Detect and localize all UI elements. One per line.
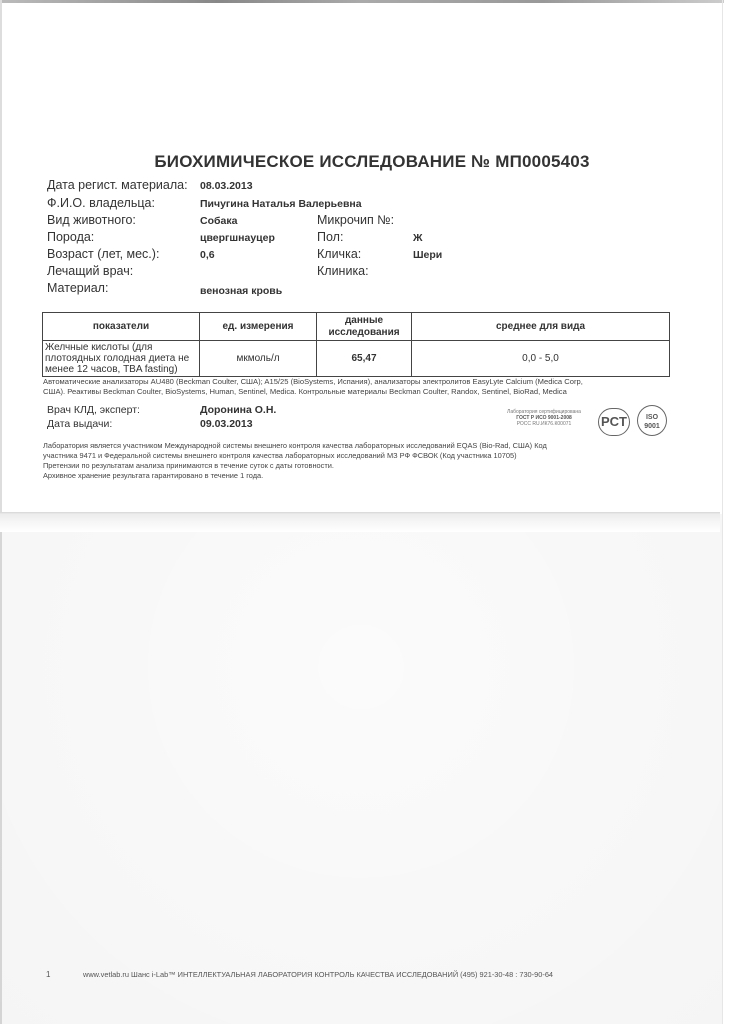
- cell-reference: 0,0 - 5,0: [412, 341, 670, 377]
- page-number: 1: [46, 970, 50, 979]
- disclaimer-line4: Архивное хранение результата гарантирова…: [43, 471, 263, 481]
- table-row: Желчные кислоты (для плотоядных голодная…: [43, 341, 670, 377]
- cell-parameter: Желчные кислоты (для плотоядных голодная…: [43, 341, 200, 377]
- sex-label: Пол:: [317, 230, 343, 244]
- paper-fold: [0, 512, 720, 532]
- iso-logo-text: ISO 9001: [641, 413, 663, 431]
- results-table: показатели ед. измерения данные исследов…: [42, 312, 670, 377]
- nickname-value: Шери: [413, 249, 442, 261]
- issue-date-label: Дата выдачи:: [47, 418, 112, 430]
- certification-text: Лаборатория сертифицирована ГОСТ Р ИСО 9…: [494, 409, 594, 427]
- results-header-row: показатели ед. измерения данные исследов…: [43, 313, 670, 341]
- breed-label: Порода:: [47, 230, 94, 244]
- cell-unit: мкмоль/л: [200, 341, 317, 377]
- certification-line3: РОСС RU.ИК76.К00071: [494, 421, 594, 427]
- age-label: Возраст (лет, мес.):: [47, 247, 159, 261]
- material-label: Материал:: [47, 281, 108, 295]
- header-result-text: данные исследования: [324, 315, 404, 339]
- header-unit: ед. измерения: [200, 313, 317, 341]
- sex-value: Ж: [413, 232, 423, 244]
- equipment-note-line2: США). Реактивы Beckman Coulter, BioSyste…: [43, 387, 567, 397]
- material-value: венозная кровь: [200, 285, 282, 297]
- owner-label: Ф.И.О. владельца:: [47, 196, 155, 210]
- expert-label: Врач КЛД, эксперт:: [47, 404, 140, 416]
- cell-result: 65,47: [317, 341, 412, 377]
- header-reference: среднее для вида: [412, 313, 670, 341]
- rst-certification-logo-icon: PCT: [598, 408, 630, 436]
- issue-date-value: 09.03.2013: [200, 418, 253, 430]
- clinic-label: Клиника:: [317, 264, 369, 278]
- header-parameter: показатели: [43, 313, 200, 341]
- header-result: данные исследования: [317, 313, 412, 341]
- document-title: БИОХИМИЧЕСКОЕ ИССЛЕДОВАНИЕ № МП0005403: [0, 152, 744, 172]
- disclaimer-line3: Претензии по результатам анализа принима…: [43, 461, 334, 471]
- doctor-label: Лечащий врач:: [47, 264, 133, 278]
- disclaimer-line1: Лаборатория является участником Междунар…: [43, 441, 547, 451]
- species-value: Собака: [200, 215, 237, 227]
- equipment-note-line1: Автоматические анализаторы AU480 (Beckma…: [43, 377, 583, 387]
- age-value: 0,6: [200, 249, 215, 261]
- nickname-label: Кличка:: [317, 247, 361, 261]
- expert-value: Доронина О.Н.: [200, 404, 276, 416]
- iso-certification-logo-icon: ISO 9001: [637, 405, 667, 436]
- page-top-edge: [0, 0, 724, 3]
- reg-date-value: 08.03.2013: [200, 180, 253, 192]
- species-label: Вид животного:: [47, 213, 136, 227]
- reg-date-label: Дата регист. материала:: [47, 178, 188, 192]
- footer-text: www.vetlab.ru Шанс i-Lab™ ИНТЕЛЛЕКТУАЛЬН…: [83, 970, 553, 979]
- paper-lower-shade: [0, 514, 722, 1024]
- breed-value: цвергшнауцер: [200, 232, 275, 244]
- disclaimer-line2: участника 9471 и Федеральной системы вне…: [43, 451, 517, 461]
- owner-value: Пичугина Наталья Валерьевна: [200, 198, 362, 210]
- microchip-label: Микрочип №:: [317, 213, 394, 227]
